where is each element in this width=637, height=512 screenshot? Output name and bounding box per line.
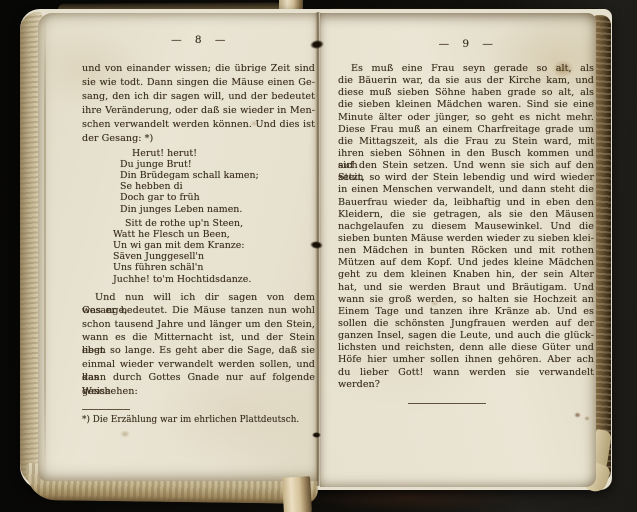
- foxing-stain: [584, 416, 590, 421]
- text-line: Herut! herut!: [120, 148, 315, 159]
- text-line: Un wi gan mit dem Kranze:: [113, 240, 315, 251]
- text-line: Watt he Flesch un Been,: [113, 229, 315, 240]
- page-number-header-left: — 8 —: [82, 34, 315, 48]
- text-line: schon tausend Jahre und länger um den St…: [82, 318, 315, 331]
- text-line: lichsten und reichsten, denn alle diese …: [338, 342, 594, 354]
- text-line: die Mittagszeit, als die Frau zu Stein w…: [338, 136, 594, 148]
- text-line: einmal wieder verwandelt werden sollen, …: [82, 358, 315, 371]
- text-line: du lieber Gott! wann werden sie verwande…: [338, 367, 594, 379]
- text-line: sollen die schönsten Jungfrauen werden a…: [338, 318, 594, 330]
- text-line: nachgelaufen zu diesem Mausewinkel. Und …: [338, 221, 594, 233]
- text-line: sang, den ich dir sagen will, und der be…: [82, 90, 315, 104]
- poem-stanza-1: Herut! herut!Du junge Brut!Din Brüdegam …: [120, 148, 315, 215]
- text-line: in einen Menschen verwandelt, und dann s…: [338, 184, 594, 196]
- text-line: ihre Veränderung, oder daß sie wieder in…: [82, 104, 315, 118]
- foxing-stain: [120, 430, 130, 438]
- text-line: hat, und sie werden Braut und Bräutigam.…: [338, 282, 594, 294]
- text-line: kann durch Gottes Gnade nur auf folgende…: [82, 371, 315, 384]
- text-line: Diese Frau muß an einem Charfreitage gra…: [338, 124, 594, 136]
- right-page-text-column: — 9 — Es muß eine Frau seyn gerade so al…: [338, 38, 594, 404]
- text-line: Minute älter oder jünger, so geht es nic…: [338, 112, 594, 124]
- poem-stanza-2: Sitt de rothe up'n Steen,Watt he Flesch …: [113, 218, 315, 285]
- left-paragraph-1: und von einander wissen; die übrige Zeit…: [82, 62, 315, 147]
- text-line: eben so lange. Es geht aber die Sage, da…: [82, 344, 315, 357]
- page-crease: [44, 16, 46, 478]
- text-line: Kleidern, die sie getragen, als sie den …: [338, 209, 594, 221]
- page-number-header-right: — 9 —: [338, 38, 594, 52]
- text-line: setzt, so wird der Stein lebendig und wi…: [338, 172, 594, 184]
- text-line: diese muß sieben Söhne haben grade so al…: [338, 87, 594, 99]
- photograph-of-open-book: { "colors": { "background": "#0b0a08", "…: [0, 0, 637, 512]
- text-line: geschehen:: [82, 385, 315, 398]
- text-line: sieben bunten Mäuse werden wieder zu sie…: [338, 233, 594, 245]
- cradle-stick-bottom: [282, 476, 312, 512]
- text-line: und von einander wissen; die übrige Zeit…: [82, 62, 315, 76]
- text-line: Mützen auf dem Kopf. Und jedes kleine Mä…: [338, 257, 594, 269]
- text-line: auf den Stein setzen. Und wenn sie sich …: [338, 160, 594, 172]
- text-line: sie wie todt. Dann singen die Mäuse eine…: [82, 76, 315, 90]
- text-line: Du junge Brut!: [120, 159, 315, 170]
- footnote-rule: [82, 409, 130, 410]
- text-line: Juchhe! to'm Hochtidsdanze.: [113, 274, 315, 285]
- text-line: Säven Junggesell'n: [113, 251, 315, 262]
- text-line: Se hebben di: [120, 181, 315, 192]
- text-line: Din Brüdegam schall kamen;: [120, 170, 315, 181]
- text-line: Einem Tage und tanzen ihre Kränze ab. Un…: [338, 306, 594, 318]
- section-end-rule: [408, 403, 486, 404]
- foxing-stain: [574, 412, 581, 418]
- binding-stitch-icon: [312, 432, 321, 438]
- text-line: Uns führen schäl'n: [113, 262, 315, 273]
- text-line: die sieben kleinen Mädchen waren. Sind s…: [338, 99, 594, 111]
- text-line: wann es die Mitternacht ist, und der Ste…: [82, 331, 315, 344]
- text-line: Und nun will ich dir sagen von dem Gesan…: [82, 291, 315, 304]
- text-line: Höfe hier umher sollen ihnen gehören. Ab…: [338, 354, 594, 366]
- text-line: Bauerfrau wieder da, leibhaftig und in e…: [338, 197, 594, 209]
- text-line: werden?: [338, 379, 594, 391]
- text-line: Din junges Leben namen.: [120, 204, 315, 215]
- text-line: was er bedeutet. Die Mäuse tanzen nun wo…: [82, 304, 315, 317]
- text-line: die Bäuerin war, da sie aus der Kirche k…: [338, 75, 594, 87]
- text-line: nen Mädchen in bunten Röcken und mit rot…: [338, 245, 594, 257]
- text-line: ihren sieben Söhnen in den Busch kommen …: [338, 148, 594, 160]
- text-line: Es muß eine Frau seyn gerade so alt, als: [338, 63, 594, 75]
- text-line: schen verwandelt werden können. Und dies…: [82, 118, 315, 132]
- left-paragraph-2: Und nun will ich dir sagen von dem Gesan…: [82, 291, 315, 398]
- text-line: geht zu dem kleinen Knaben hin, der sein…: [338, 269, 594, 281]
- footnote-text: *) Die Erzählung war im ehrlichen Plattd…: [82, 415, 315, 425]
- right-page-paragraph: Es muß eine Frau seyn gerade so alt, als…: [338, 63, 594, 391]
- text-line: ganzen Insel, sagen die Leute, und auch …: [338, 330, 594, 342]
- fore-edge-right: [594, 15, 611, 483]
- text-line: wann sie groß werden, so halten sie Hoch…: [338, 294, 594, 306]
- text-line: der Gesang: *): [82, 132, 315, 146]
- text-line: Doch gar to früh: [120, 192, 315, 203]
- text-line: Sitt de rothe up'n Steen,: [113, 218, 315, 229]
- left-page-text-column: — 8 — und von einander wissen; die übrig…: [82, 34, 315, 425]
